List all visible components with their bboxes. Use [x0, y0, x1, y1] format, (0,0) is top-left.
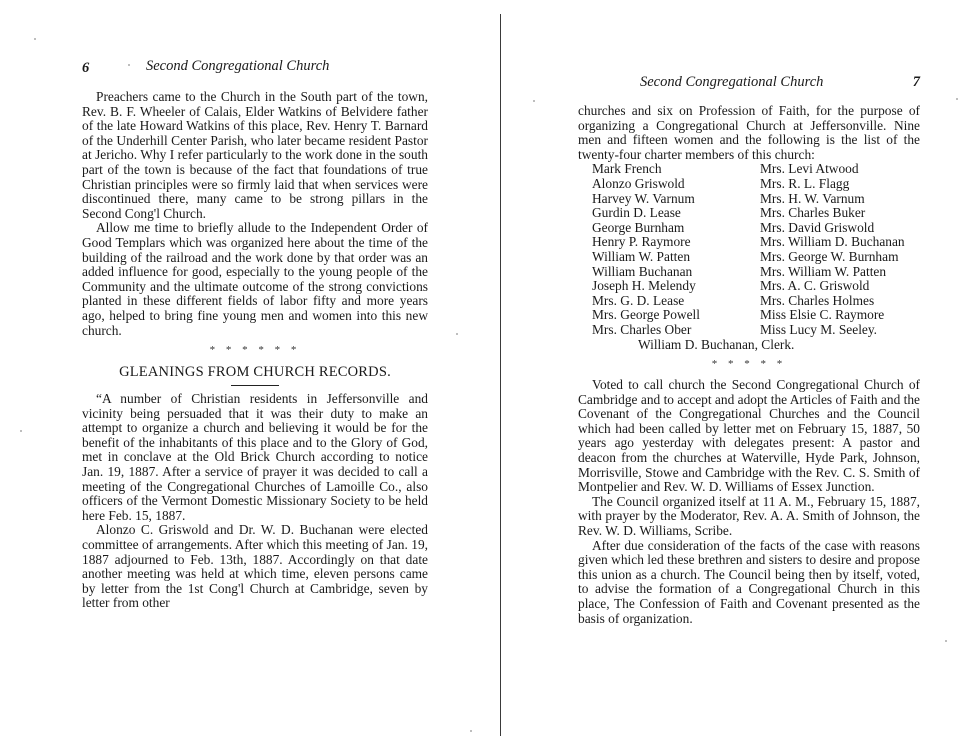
section-heading: GLEANINGS FROM CHURCH RECORDS. — [82, 364, 428, 381]
paragraph: Preachers came to the Church in the Sout… — [82, 90, 428, 221]
list-item: Mrs. David Griswold — [760, 221, 940, 236]
running-title: Second Congregational Church — [146, 58, 329, 75]
section-separator: * * * * * * — [82, 344, 428, 356]
list-item: Alonzo Griswold — [592, 177, 760, 192]
list-item: George Burnham — [592, 221, 760, 236]
list-item: Mrs. Charles Holmes — [760, 294, 940, 309]
paragraph: Alonzo C. Griswold and Dr. W. D. Buchana… — [82, 523, 428, 611]
member-column-1: Mark French Alonzo Griswold Harvey W. Va… — [592, 162, 760, 337]
scan-speck — [945, 640, 947, 642]
heading-rule — [231, 385, 279, 386]
paragraph: churches and six on Profession of Faith,… — [578, 104, 920, 162]
left-page: 6 Second Congregational Church Preachers… — [82, 58, 428, 611]
paragraph: After due consideration of the facts of … — [578, 539, 920, 627]
list-item: Mrs. William D. Buchanan — [760, 235, 940, 250]
page-number: 7 — [913, 74, 920, 91]
paragraph: “A number of Christian residents in Jeff… — [82, 392, 428, 523]
paragraph: The Council organized itself at 11 A. M.… — [578, 495, 920, 539]
section-separator: * * * * * — [578, 358, 920, 370]
list-item: Mrs. George W. Burnham — [760, 250, 940, 265]
list-item: Mark French — [592, 162, 760, 177]
scan-speck — [128, 64, 130, 66]
scan-speck — [470, 730, 472, 732]
list-item: Mrs. Charles Buker — [760, 206, 940, 221]
running-title: Second Congregational Church — [640, 74, 823, 91]
scan-speck — [533, 100, 535, 102]
running-head-right: Second Congregational Church 7 — [578, 74, 920, 96]
member-column-2: Mrs. Levi Atwood Mrs. R. L. Flagg Mrs. H… — [760, 162, 940, 337]
list-item: Gurdin D. Lease — [592, 206, 760, 221]
list-item: Henry P. Raymore — [592, 235, 760, 250]
list-item: Mrs. H. W. Varnum — [760, 192, 940, 207]
book-gutter — [500, 14, 501, 736]
list-item: Mrs. William W. Patten — [760, 265, 940, 280]
list-item: William W. Patten — [592, 250, 760, 265]
list-item: Joseph H. Melendy — [592, 279, 760, 294]
list-item: Mrs. George Powell — [592, 308, 760, 323]
running-head-left: 6 Second Congregational Church — [82, 58, 428, 80]
paragraph: Allow me time to briefly allude to the I… — [82, 221, 428, 338]
list-item: Miss Lucy M. Seeley. — [760, 323, 940, 338]
scan-speck — [456, 333, 458, 335]
charter-members-list: Mark French Alonzo Griswold Harvey W. Va… — [592, 162, 920, 337]
right-page: Second Congregational Church 7 churches … — [578, 74, 920, 626]
list-item: Mrs. Levi Atwood — [760, 162, 940, 177]
paragraph: Voted to call church the Second Congrega… — [578, 378, 920, 495]
list-item: Harvey W. Varnum — [592, 192, 760, 207]
page-number: 6 — [82, 60, 89, 77]
scan-speck — [20, 430, 22, 432]
list-item: William Buchanan — [592, 265, 760, 280]
list-item: Mrs. A. C. Griswold — [760, 279, 940, 294]
list-item: Mrs. Charles Ober — [592, 323, 760, 338]
clerk-signature: William D. Buchanan, Clerk. — [578, 338, 920, 353]
list-item: Mrs. G. D. Lease — [592, 294, 760, 309]
scan-speck — [956, 98, 958, 100]
list-item: Miss Elsie C. Raymore — [760, 308, 940, 323]
scan-speck — [34, 38, 36, 40]
list-item: Mrs. R. L. Flagg — [760, 177, 940, 192]
